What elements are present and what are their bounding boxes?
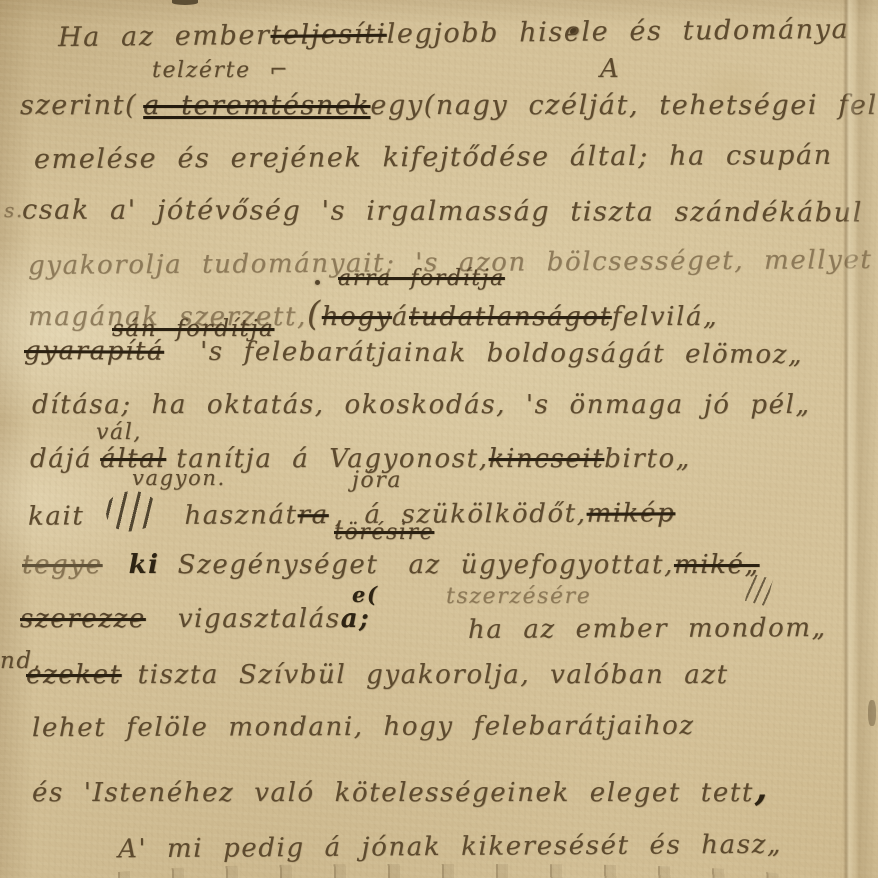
scribble-strikeout-mark	[745, 573, 773, 605]
word: ki	[129, 550, 160, 580]
struck-word: miké„	[674, 550, 760, 580]
word: legjobb hisele és tudománya	[387, 14, 850, 50]
manuscript-line: emelése és erejének kifejtődése által; h…	[34, 140, 833, 175]
interline-insertion: törésire	[334, 520, 434, 545]
word: s.	[4, 198, 24, 222]
word: kait	[28, 501, 85, 531]
word: birto„	[604, 444, 691, 474]
word: az ügyefogyottat,	[408, 550, 674, 580]
struck-word: ezeket	[26, 660, 122, 690]
struck-word: tudatlanságot	[409, 302, 612, 332]
manuscript-line: szerint(a teremtésnek egy(nagy czélját, …	[20, 90, 878, 121]
manuscript-line: dítása; ha oktatás, okoskodás, 's önmaga…	[32, 390, 811, 420]
word: felvilá„	[612, 302, 718, 332]
interline-insertion: tszerzésére	[446, 584, 591, 609]
interline-insertion: jóra	[352, 468, 402, 493]
page-edge-fold	[843, 0, 878, 878]
edge-smudge	[172, 0, 198, 5]
interline-insertion: arra fordítja	[338, 266, 505, 291]
manuscript-line: lehet felöle mondani, hogy felebarátjaih…	[32, 711, 695, 743]
manuscript-line: ha az ember mondom„	[468, 613, 827, 645]
word: a;	[341, 604, 371, 634]
struck-word: törésire	[334, 520, 434, 545]
struck-word: hogy	[322, 302, 392, 332]
word: á	[392, 302, 409, 332]
struck-word: szerezze	[20, 604, 146, 634]
manuscript-page: Ha az ember teljesíti legjobb hisele és …	[0, 0, 878, 878]
scribble-strikeout-mark	[104, 488, 161, 535]
margin-note: s.	[4, 198, 24, 222]
word: emelése és erejének kifejtődése által; h…	[34, 140, 833, 175]
inserted-word: telzérte ⌐	[152, 58, 289, 83]
manuscript-line: gyarapítá's felebarátjainak boldogságát …	[24, 336, 803, 370]
struck-word: kincseit	[489, 444, 605, 474]
inserted-word: vagyon.	[132, 466, 226, 490]
word: szerint(	[20, 90, 137, 121]
interline-insertion: vagyon.	[132, 466, 226, 490]
inserted-word: jóra	[352, 468, 402, 493]
manuscript-line: tegyeki Szegénységetaz ügyefogyottat, mi…	[22, 550, 760, 580]
struck-word: tegye	[22, 550, 103, 580]
edge-smudge	[868, 700, 876, 726]
manuscript-line: Ha az ember teljesíti legjobb hisele és …	[58, 14, 850, 53]
interline-insertion: A	[600, 54, 620, 84]
word: dájá	[30, 444, 92, 474]
word: (	[307, 294, 322, 334]
struck-word: teljesíti	[270, 19, 387, 51]
interline-insertion: vál,	[96, 420, 142, 445]
word: ha az ember mondom„	[468, 613, 827, 645]
word: lehet felöle mondani, hogy felebarátjaih…	[32, 711, 695, 743]
word: tiszta Szívbül gyakorolja, valóban azt	[138, 660, 729, 690]
word: egy(nagy czélját, tehetségei fel„	[370, 90, 878, 121]
word: csak a' jótévőség 's irgalmasság tiszta …	[22, 195, 863, 229]
struck-word: ra	[298, 500, 329, 530]
struck-word: arra fordítja	[338, 266, 505, 291]
word: A' mi pedig á jónak kikeresését és hasz„	[118, 830, 782, 865]
manuscript-line: és 'Istenéhez való kötelességeinek elege…	[32, 764, 769, 811]
manuscript-line: ezekettiszta Szívbül gyakorolja, valóban…	[26, 660, 729, 690]
word: 's felebarátjainak boldogságát elömoz„	[200, 337, 803, 370]
struck-word: gyarapítá	[24, 336, 164, 367]
struck-word: a teremtésnek	[143, 90, 370, 121]
word: Szegénységet	[178, 550, 379, 580]
word: ‚	[754, 764, 770, 811]
manuscript-line: szerezzevigasztalása;	[20, 604, 370, 634]
cut-off-bottom-line	[92, 864, 792, 878]
interline-insertion: telzérte ⌐	[152, 58, 289, 83]
word: vigasztalás	[178, 604, 341, 634]
inserted-word: vál,	[96, 420, 142, 445]
manuscript-line: A' mi pedig á jónak kikeresését és hasz„	[118, 830, 782, 865]
word: és 'Istenéhez való kötelességeinek elege…	[32, 778, 754, 808]
manuscript-line: csak a' jótévőség 's irgalmasság tiszta …	[22, 195, 863, 229]
struck-word: mikép	[586, 498, 675, 528]
inserted-word: tszerzésére	[446, 584, 591, 609]
word: hasznát	[184, 500, 297, 531]
ink-stain	[315, 280, 320, 285]
word: Ha az ember	[58, 20, 271, 53]
inserted-word: A	[600, 54, 620, 84]
word: dítása; ha oktatás, okoskodás, 's önmaga…	[32, 390, 811, 420]
manuscript-line	[748, 578, 770, 608]
